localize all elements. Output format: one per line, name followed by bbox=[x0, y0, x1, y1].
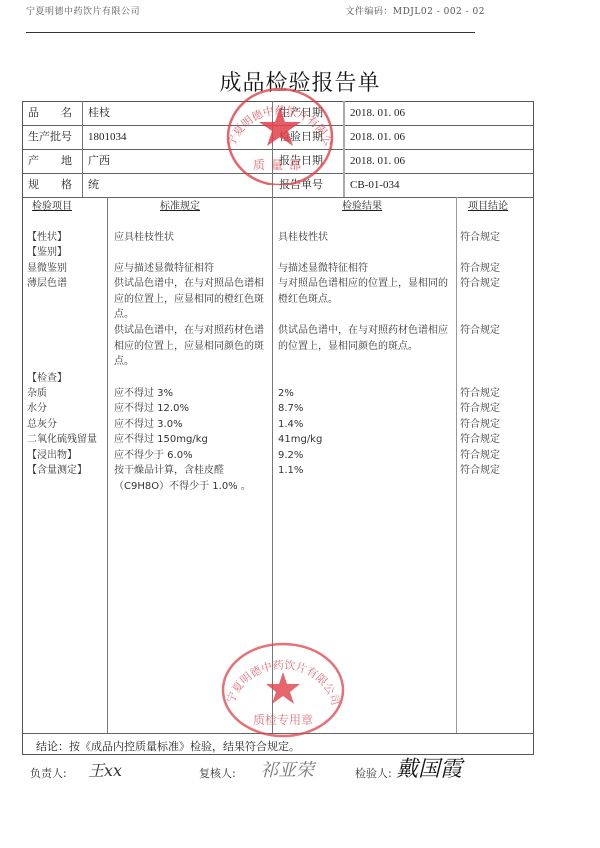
row-conclusion-cell: 符合规定 bbox=[460, 401, 530, 417]
report-number-value: CB-01-034 bbox=[350, 177, 400, 193]
column-header-result: 检验结果 bbox=[342, 199, 382, 215]
row-standard-cell: 应不得过 12.0% bbox=[114, 401, 270, 417]
column-header-item: 检验项目 bbox=[32, 199, 72, 215]
divider bbox=[272, 197, 273, 733]
row-standard-cell: 应与描述显微特征相符 bbox=[114, 261, 270, 277]
row-item-cell: 【鉴别】 bbox=[27, 245, 105, 261]
row-item-cell: 【检查】 bbox=[27, 371, 105, 387]
divider bbox=[22, 125, 534, 126]
row-conclusion-cell: 符合规定 bbox=[460, 386, 530, 402]
divider bbox=[22, 733, 534, 734]
row-standard-cell: 按干燥品计算，含桂皮醛（C9H8O）不得少于 1.0% 。 bbox=[114, 463, 270, 494]
divider bbox=[22, 197, 534, 198]
row-conclusion-cell: 符合规定 bbox=[460, 230, 530, 246]
row-conclusion-cell: 符合规定 bbox=[460, 261, 530, 277]
responsible-signature: 王xx bbox=[88, 758, 122, 781]
row-result-cell: 41mg/kg bbox=[278, 432, 452, 448]
column-header-standard: 标准规定 bbox=[160, 199, 200, 215]
divider bbox=[107, 197, 108, 733]
row-item-cell: 薄层色谱 bbox=[27, 276, 105, 292]
product-name-value: 桂枝 bbox=[88, 105, 110, 121]
divider bbox=[22, 173, 534, 174]
row-result-cell: 与对照品色谱相应的位置上，显相同的橙红色斑点。 bbox=[278, 276, 452, 307]
origin-value: 广西 bbox=[88, 153, 110, 169]
page-title: 成品检验报告单 bbox=[0, 66, 600, 97]
document-code: 文件编码：MDJL02 - 002 - 02 bbox=[345, 4, 485, 17]
row-conclusion-cell: 符合规定 bbox=[460, 463, 530, 479]
row-standard-cell: 供试品色谱中，在与对照品色谱相应的位置上，应显相同的橙红色斑点。 bbox=[114, 276, 270, 323]
row-standard-cell: 应不得过 3% bbox=[114, 386, 270, 402]
test-date-label: 检验日期 bbox=[279, 129, 323, 145]
column-header-conclusion: 项目结论 bbox=[468, 199, 508, 215]
row-item-cell: 显微鉴别 bbox=[27, 261, 105, 277]
row-item-cell: 二氧化硫残留量 bbox=[27, 432, 105, 448]
divider bbox=[22, 149, 534, 150]
spec-label: 规 格 bbox=[28, 177, 72, 193]
row-result-cell: 8.7% bbox=[278, 401, 452, 417]
row-result-cell: 2% bbox=[278, 386, 452, 402]
divider bbox=[343, 101, 345, 197]
row-standard-cell: 应具桂枝性状 bbox=[114, 230, 270, 246]
divider bbox=[456, 197, 457, 733]
row-item-cell: 【含量测定】 bbox=[27, 463, 105, 479]
row-item-cell: 杂质 bbox=[27, 386, 105, 402]
row-standard-cell: 应不得过 3.0% bbox=[114, 417, 270, 433]
product-name-label: 品 名 bbox=[28, 105, 78, 121]
row-item-cell: 总灰分 bbox=[27, 417, 105, 433]
row-item-cell: 【浸出物】 bbox=[27, 448, 105, 464]
header-rule bbox=[26, 32, 475, 33]
row-conclusion-cell: 符合规定 bbox=[460, 448, 530, 464]
divider bbox=[272, 101, 273, 197]
reviewer-label: 复核人: bbox=[199, 765, 236, 781]
row-conclusion-cell: 符合规定 bbox=[460, 323, 530, 339]
reviewer-signature: 祁亚荣 bbox=[260, 756, 314, 782]
row-standard-cell: 应不得少于 6.0% bbox=[114, 448, 270, 464]
row-conclusion-cell: 符合规定 bbox=[460, 432, 530, 448]
responsible-label: 负责人: bbox=[30, 765, 67, 781]
row-result-cell: 与描述显微特征相符 bbox=[278, 261, 452, 277]
inspector-signature: 戴国霞 bbox=[396, 752, 462, 783]
divider bbox=[82, 101, 83, 197]
row-conclusion-cell: 符合规定 bbox=[460, 276, 530, 292]
row-standard-cell: 供试品色谱中，在与对照药材色谱相应的位置上，应显相同颜色的斑点。 bbox=[114, 323, 270, 370]
row-result-cell: 供试品色谱中，在与对照药材色谱相应的位置上，显相同颜色的斑点。 bbox=[278, 323, 452, 354]
conclusion-text: 结论：按《成品内控质量标准》检验，结果符合规定。 bbox=[36, 738, 300, 754]
batch-label: 生产批号 bbox=[28, 129, 72, 145]
row-result-cell: 1.1% bbox=[278, 463, 452, 479]
row-item-cell: 【性状】 bbox=[27, 230, 105, 246]
report-number-label: 报告单号 bbox=[279, 177, 323, 193]
spec-value: 统 bbox=[88, 177, 99, 193]
batch-value: 1801034 bbox=[88, 129, 127, 145]
report-date-value: 2018. 01. 06 bbox=[350, 153, 405, 169]
inspector-label: 检验人: bbox=[355, 765, 392, 781]
row-item-cell: 水分 bbox=[27, 401, 105, 417]
row-result-cell: 9.2% bbox=[278, 448, 452, 464]
report-date-label: 报告日期 bbox=[279, 153, 323, 169]
row-result-cell: 1.4% bbox=[278, 417, 452, 433]
company-header: 宁夏明德中药饮片有限公司 bbox=[26, 4, 140, 17]
test-date-value: 2018. 01. 06 bbox=[350, 129, 405, 145]
production-date-value: 2018. 01. 06 bbox=[350, 105, 405, 121]
production-date-label: 生产日期 bbox=[279, 105, 323, 121]
row-conclusion-cell: 符合规定 bbox=[460, 417, 530, 433]
row-result-cell: 具桂枝性状 bbox=[278, 230, 452, 246]
origin-label: 产 地 bbox=[28, 153, 72, 169]
row-standard-cell: 应不得过 150mg/kg bbox=[114, 432, 270, 448]
